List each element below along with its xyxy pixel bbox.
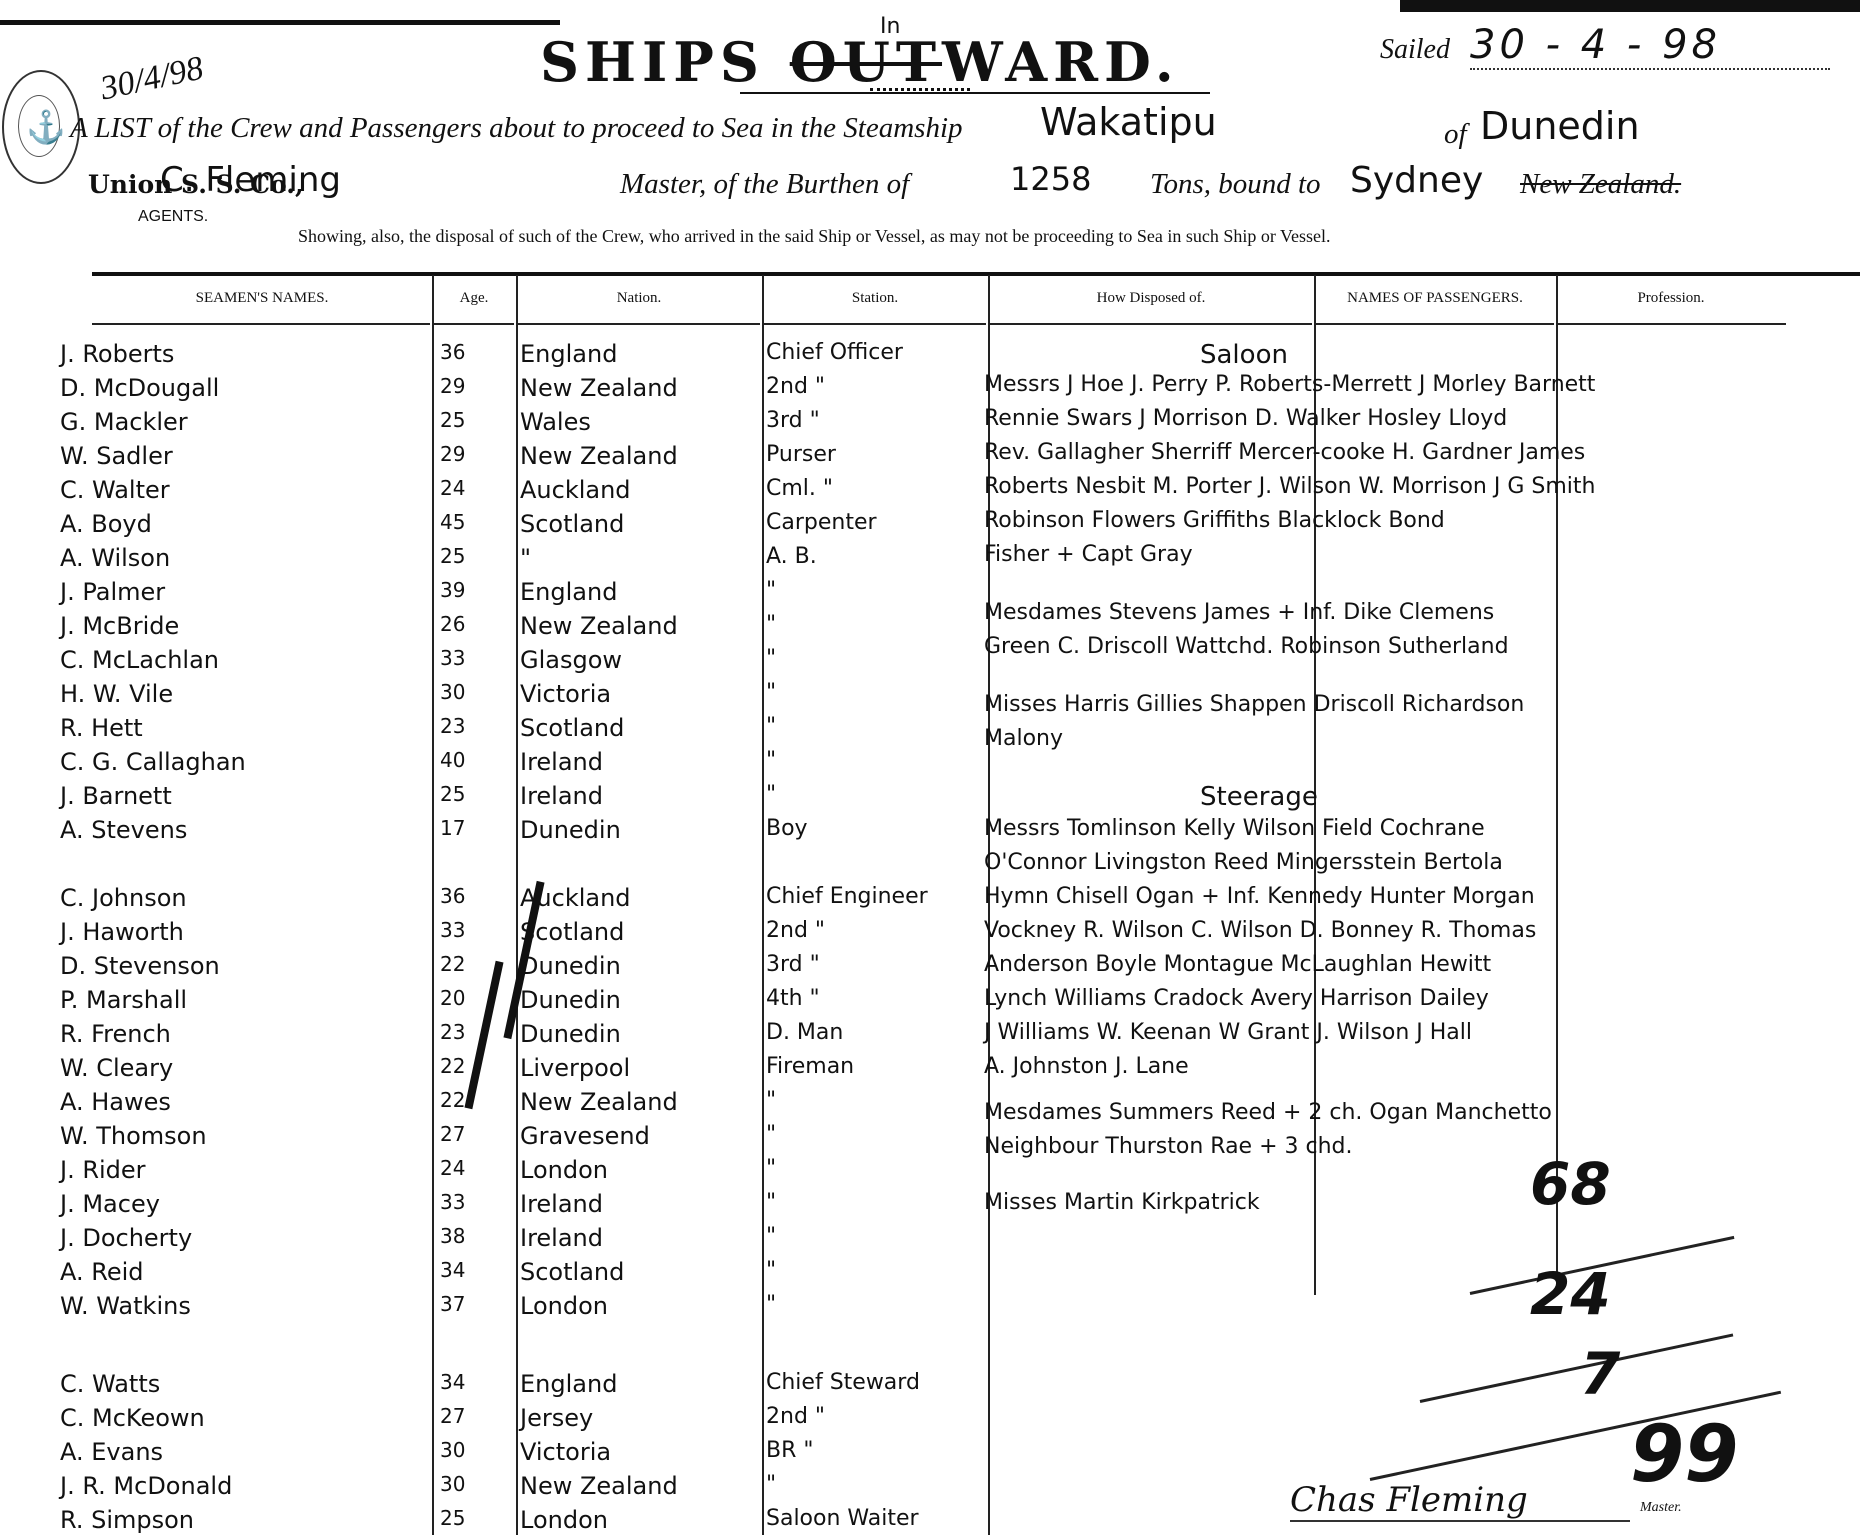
seaman-name: J. Docherty: [60, 1224, 192, 1252]
seaman-nation: New Zealand: [520, 1088, 678, 1116]
header-rule: [434, 323, 514, 325]
seaman-name: J. Rider: [60, 1156, 146, 1184]
seaman-age: 30: [440, 680, 490, 704]
seaman-nation: Scotland: [520, 510, 624, 538]
seaman-age: 22: [440, 952, 490, 976]
seaman-station: 4th ": [766, 986, 820, 1011]
total-crew: 24: [1530, 1260, 1611, 1328]
tally-rule: [1420, 1334, 1734, 1403]
seaman-nation: Ireland: [520, 782, 603, 810]
header-rule: [1316, 323, 1554, 325]
saloon-passenger-line: Messrs J Hoe J. Perry P. Roberts-Merrett…: [984, 372, 1595, 397]
seaman-station: ": [766, 1258, 776, 1283]
col-header-station: Station.: [762, 290, 988, 307]
seaman-nation: Dunedin: [520, 816, 621, 844]
seaman-name: J. Roberts: [60, 340, 174, 368]
column-divider: [1556, 275, 1558, 1295]
seaman-station: ": [766, 680, 776, 705]
sailed-date: 30 - 4 - 98: [1470, 22, 1830, 70]
title-struck-word: OUT: [790, 30, 942, 94]
title-underline: [740, 92, 1210, 94]
seaman-station: ": [766, 748, 776, 773]
column-divider: [516, 275, 518, 1535]
seaman-name: W. Cleary: [60, 1054, 173, 1082]
seaman-name: C. McLachlan: [60, 646, 219, 674]
steerage-passenger-line: Lynch Williams Cradock Avery Harrison Da…: [984, 986, 1489, 1011]
seaman-station: Boy: [766, 816, 808, 841]
seaman-nation: Ireland: [520, 1224, 603, 1252]
header-rule: [518, 323, 760, 325]
seaman-name: D. McDougall: [60, 374, 219, 402]
seaman-name: R. Simpson: [60, 1506, 194, 1534]
header-rule: [990, 323, 1312, 325]
seaman-age: 20: [440, 986, 490, 1010]
seaman-nation: New Zealand: [520, 374, 678, 402]
header-rule: [92, 323, 430, 325]
steerage-passenger-line: Mesdames Summers Reed + 2 ch. Ogan Manch…: [984, 1100, 1552, 1125]
seaman-station: ": [766, 782, 776, 807]
top-border-bar-left: [0, 20, 560, 25]
steerage-passenger-line: Messrs Tomlinson Kelly Wilson Field Coch…: [984, 816, 1485, 841]
saloon-passenger-line: Fisher + Capt Gray: [984, 542, 1193, 567]
seaman-station: ": [766, 1224, 776, 1249]
grand-total: 99: [1630, 1410, 1739, 1500]
seaman-nation: ": [520, 544, 531, 572]
total-saloon: 68: [1530, 1150, 1611, 1218]
table-top-rule: [92, 272, 1860, 276]
seaman-name: D. Stevenson: [60, 952, 220, 980]
top-border-bar-right: [1400, 0, 1860, 12]
seaman-nation: Dunedin: [520, 1020, 621, 1048]
seaman-age: 24: [440, 476, 490, 500]
seaman-name: A. Stevens: [60, 816, 187, 844]
col-header-disposed: How Disposed of.: [988, 290, 1314, 307]
seaman-name: C. Walter: [60, 476, 170, 504]
seaman-age: 25: [440, 1506, 490, 1530]
seaman-name: J. McBride: [60, 612, 179, 640]
seaman-station: BR ": [766, 1438, 814, 1463]
seaman-name: J. Barnett: [60, 782, 172, 810]
seaman-name: J. R. McDonald: [60, 1472, 232, 1500]
seaman-nation: New Zealand: [520, 612, 678, 640]
seaman-station: ": [766, 1292, 776, 1317]
column-divider: [432, 275, 434, 1535]
tons-bound-label: Tons, bound to: [1150, 168, 1321, 201]
seaman-nation: Scotland: [520, 714, 624, 742]
saloon-passenger-line: Misses Harris Gillies Shappen Driscoll R…: [984, 692, 1524, 717]
saloon-passenger-line: Rev. Gallagher Sherriff Mercer-cooke H. …: [984, 440, 1585, 465]
seaman-station: Chief Officer: [766, 340, 903, 365]
steerage-passenger-line: O'Connor Livingston Reed Mingersstein Be…: [984, 850, 1503, 875]
seaman-name: R. Hett: [60, 714, 143, 742]
seaman-nation: Victoria: [520, 1438, 611, 1466]
seaman-age: 30: [440, 1438, 490, 1462]
seaman-name: C. Watts: [60, 1370, 160, 1398]
seaman-station: ": [766, 1156, 776, 1181]
seaman-age: 38: [440, 1224, 490, 1248]
saloon-passenger-line: Mesdames Stevens James + Inf. Dike Cleme…: [984, 600, 1494, 625]
ship-name: Wakatipu: [1040, 100, 1217, 144]
seaman-station: Purser: [766, 442, 836, 467]
saloon-label: Saloon: [1200, 340, 1288, 370]
seaman-nation: England: [520, 340, 617, 368]
seaman-nation: Glasgow: [520, 646, 622, 674]
seaman-nation: Wales: [520, 408, 591, 436]
destination: Sydney: [1350, 160, 1483, 201]
seaman-age: 24: [440, 1156, 490, 1180]
steerage-passenger-line: A. Johnston J. Lane: [984, 1054, 1189, 1079]
seaman-name: A. Evans: [60, 1438, 163, 1466]
seaman-name: J. Macey: [60, 1190, 160, 1218]
seaman-nation: Scotland: [520, 1258, 624, 1286]
seaman-age: 29: [440, 374, 490, 398]
seaman-age: 36: [440, 340, 490, 364]
seaman-station: 2nd ": [766, 918, 825, 943]
seaman-age: 40: [440, 748, 490, 772]
seaman-nation: Victoria: [520, 680, 611, 708]
sailed-label: Sailed: [1380, 34, 1450, 66]
seaman-name: J. Haworth: [60, 918, 184, 946]
seaman-age: 45: [440, 510, 490, 534]
steerage-passenger-line: Anderson Boyle Montague McLaughlan Hewit…: [984, 952, 1491, 977]
seaman-age: 36: [440, 884, 490, 908]
seaman-station: Carpenter: [766, 510, 877, 535]
seaman-station: 2nd ": [766, 374, 825, 399]
seaman-nation: Jersey: [520, 1404, 593, 1432]
seaman-station: ": [766, 714, 776, 739]
seaman-nation: New Zealand: [520, 442, 678, 470]
of-label: of: [1444, 118, 1467, 151]
seaman-station: ": [766, 578, 776, 603]
title-prefix: SHIPS: [540, 30, 765, 94]
seaman-station: A. B.: [766, 544, 817, 569]
seaman-name: C. G. Callaghan: [60, 748, 246, 776]
seaman-age: 27: [440, 1122, 490, 1146]
seaman-nation: Dunedin: [520, 986, 621, 1014]
tons-value: 1258: [1010, 160, 1091, 198]
document-title: SHIPS OUTWARD.: [540, 30, 1180, 94]
seaman-age: 33: [440, 1190, 490, 1214]
seaman-age: 30: [440, 1472, 490, 1496]
seaman-station: ": [766, 612, 776, 637]
anchor-icon: ⚓: [26, 108, 66, 146]
seaman-age: 33: [440, 646, 490, 670]
seaman-nation: Ireland: [520, 748, 603, 776]
handwritten-date-note: 30/4/98: [97, 50, 207, 109]
steerage-passenger-line: Vockney R. Wilson C. Wilson D. Bonney R.…: [984, 918, 1536, 943]
agents-label: AGENTS.: [138, 208, 208, 226]
home-port: Dunedin: [1480, 104, 1640, 148]
seaman-age: 34: [440, 1258, 490, 1282]
seaman-name: C. McKeown: [60, 1404, 205, 1432]
seaman-nation: London: [520, 1506, 608, 1534]
seaman-age: 37: [440, 1292, 490, 1316]
seaman-name: A. Reid: [60, 1258, 144, 1286]
steerage-label: Steerage: [1200, 782, 1318, 812]
seaman-nation: Liverpool: [520, 1054, 630, 1082]
col-header-age: Age.: [432, 290, 516, 307]
seaman-name: W. Watkins: [60, 1292, 191, 1320]
seaman-age: 17: [440, 816, 490, 840]
seaman-age: 39: [440, 578, 490, 602]
seaman-nation: London: [520, 1292, 608, 1320]
seaman-station: ": [766, 1190, 776, 1215]
master-signature: Chas Fleming: [1290, 1480, 1630, 1522]
saloon-passenger-line: Rennie Swars J Morrison D. Walker Hosley…: [984, 406, 1507, 431]
seaman-name: R. French: [60, 1020, 171, 1048]
seaman-nation: Dunedin: [520, 952, 621, 980]
master-name: C. Fleming: [160, 160, 341, 200]
seaman-nation: England: [520, 1370, 617, 1398]
seaman-age: 23: [440, 714, 490, 738]
seaman-nation: England: [520, 578, 617, 606]
master-burthen-label: Master, of the Burthen of: [620, 168, 909, 201]
seaman-name: W. Thomson: [60, 1122, 207, 1150]
title-suffix: WARD.: [942, 30, 1180, 94]
col-header-profession: Profession.: [1556, 290, 1786, 307]
saloon-passenger-line: Malony: [984, 726, 1063, 751]
seaman-name: G. Mackler: [60, 408, 188, 436]
saloon-passenger-line: Green C. Driscoll Wattchd. Robinson Suth…: [984, 634, 1509, 659]
seaman-station: ": [766, 1472, 776, 1497]
seaman-name: W. Sadler: [60, 442, 173, 470]
seaman-station: ": [766, 1088, 776, 1113]
signature-caption: Master.: [1640, 1500, 1682, 1516]
col-header-seamen: SEAMEN'S NAMES.: [92, 290, 432, 307]
seaman-station: ": [766, 646, 776, 671]
seaman-nation: Auckland: [520, 476, 631, 504]
seaman-age: 34: [440, 1370, 490, 1394]
seaman-nation: New Zealand: [520, 1472, 678, 1500]
seaman-station: ": [766, 1122, 776, 1147]
seaman-name: A. Wilson: [60, 544, 170, 572]
seaman-age: 25: [440, 782, 490, 806]
col-header-nation: Nation.: [516, 290, 762, 307]
seaman-age: 29: [440, 442, 490, 466]
steerage-passenger-line: Hymn Chisell Ogan + Inf. Kennedy Hunter …: [984, 884, 1535, 909]
seaman-station: D. Man: [766, 1020, 843, 1045]
seaman-age: 25: [440, 408, 490, 432]
col-header-passengers: NAMES OF PASSENGERS.: [1314, 290, 1556, 307]
seaman-age: 27: [440, 1404, 490, 1428]
seaman-name: A. Boyd: [60, 510, 152, 538]
seaman-station: Cml. ": [766, 476, 833, 501]
title-underline-dots: [870, 88, 970, 91]
column-divider: [762, 275, 764, 1535]
seaman-station: 3rd ": [766, 952, 820, 977]
total-other: 7: [1580, 1340, 1620, 1408]
seaman-age: 26: [440, 612, 490, 636]
saloon-passenger-line: Robinson Flowers Griffiths Blacklock Bon…: [984, 508, 1445, 533]
seaman-station: Saloon Waiter: [766, 1506, 919, 1531]
seaman-station: Chief Steward: [766, 1370, 920, 1395]
seaman-name: C. Johnson: [60, 884, 187, 912]
header-rule: [764, 323, 986, 325]
seaman-nation: London: [520, 1156, 608, 1184]
seaman-station: Fireman: [766, 1054, 854, 1079]
seaman-age: 33: [440, 918, 490, 942]
seaman-nation: Gravesend: [520, 1122, 650, 1150]
steerage-passenger-line: Misses Martin Kirkpatrick: [984, 1190, 1260, 1215]
list-description: A LIST of the Crew and Passengers about …: [70, 112, 963, 145]
seaman-station: 2nd ": [766, 1404, 825, 1429]
steerage-passenger-line: J Williams W. Keenan W Grant J. Wilson J…: [984, 1020, 1472, 1045]
seaman-name: J. Palmer: [60, 578, 165, 606]
disposal-note: Showing, also, the disposal of such of t…: [298, 226, 1331, 247]
steerage-passenger-line: Neighbour Thurston Rae + 3 chd.: [984, 1134, 1353, 1159]
seaman-station: 3rd ": [766, 408, 820, 433]
title-inserted-word: In: [880, 14, 900, 39]
seaman-nation: Ireland: [520, 1190, 603, 1218]
seaman-name: H. W. Vile: [60, 680, 173, 708]
saloon-passenger-line: Roberts Nesbit M. Porter J. Wilson W. Mo…: [984, 474, 1595, 499]
seaman-station: Chief Engineer: [766, 884, 928, 909]
header-rule: [1558, 323, 1786, 325]
destination-struck: New Zealand.: [1520, 168, 1681, 201]
seaman-name: A. Hawes: [60, 1088, 171, 1116]
seaman-age: 25: [440, 544, 490, 568]
seaman-name: P. Marshall: [60, 986, 187, 1014]
